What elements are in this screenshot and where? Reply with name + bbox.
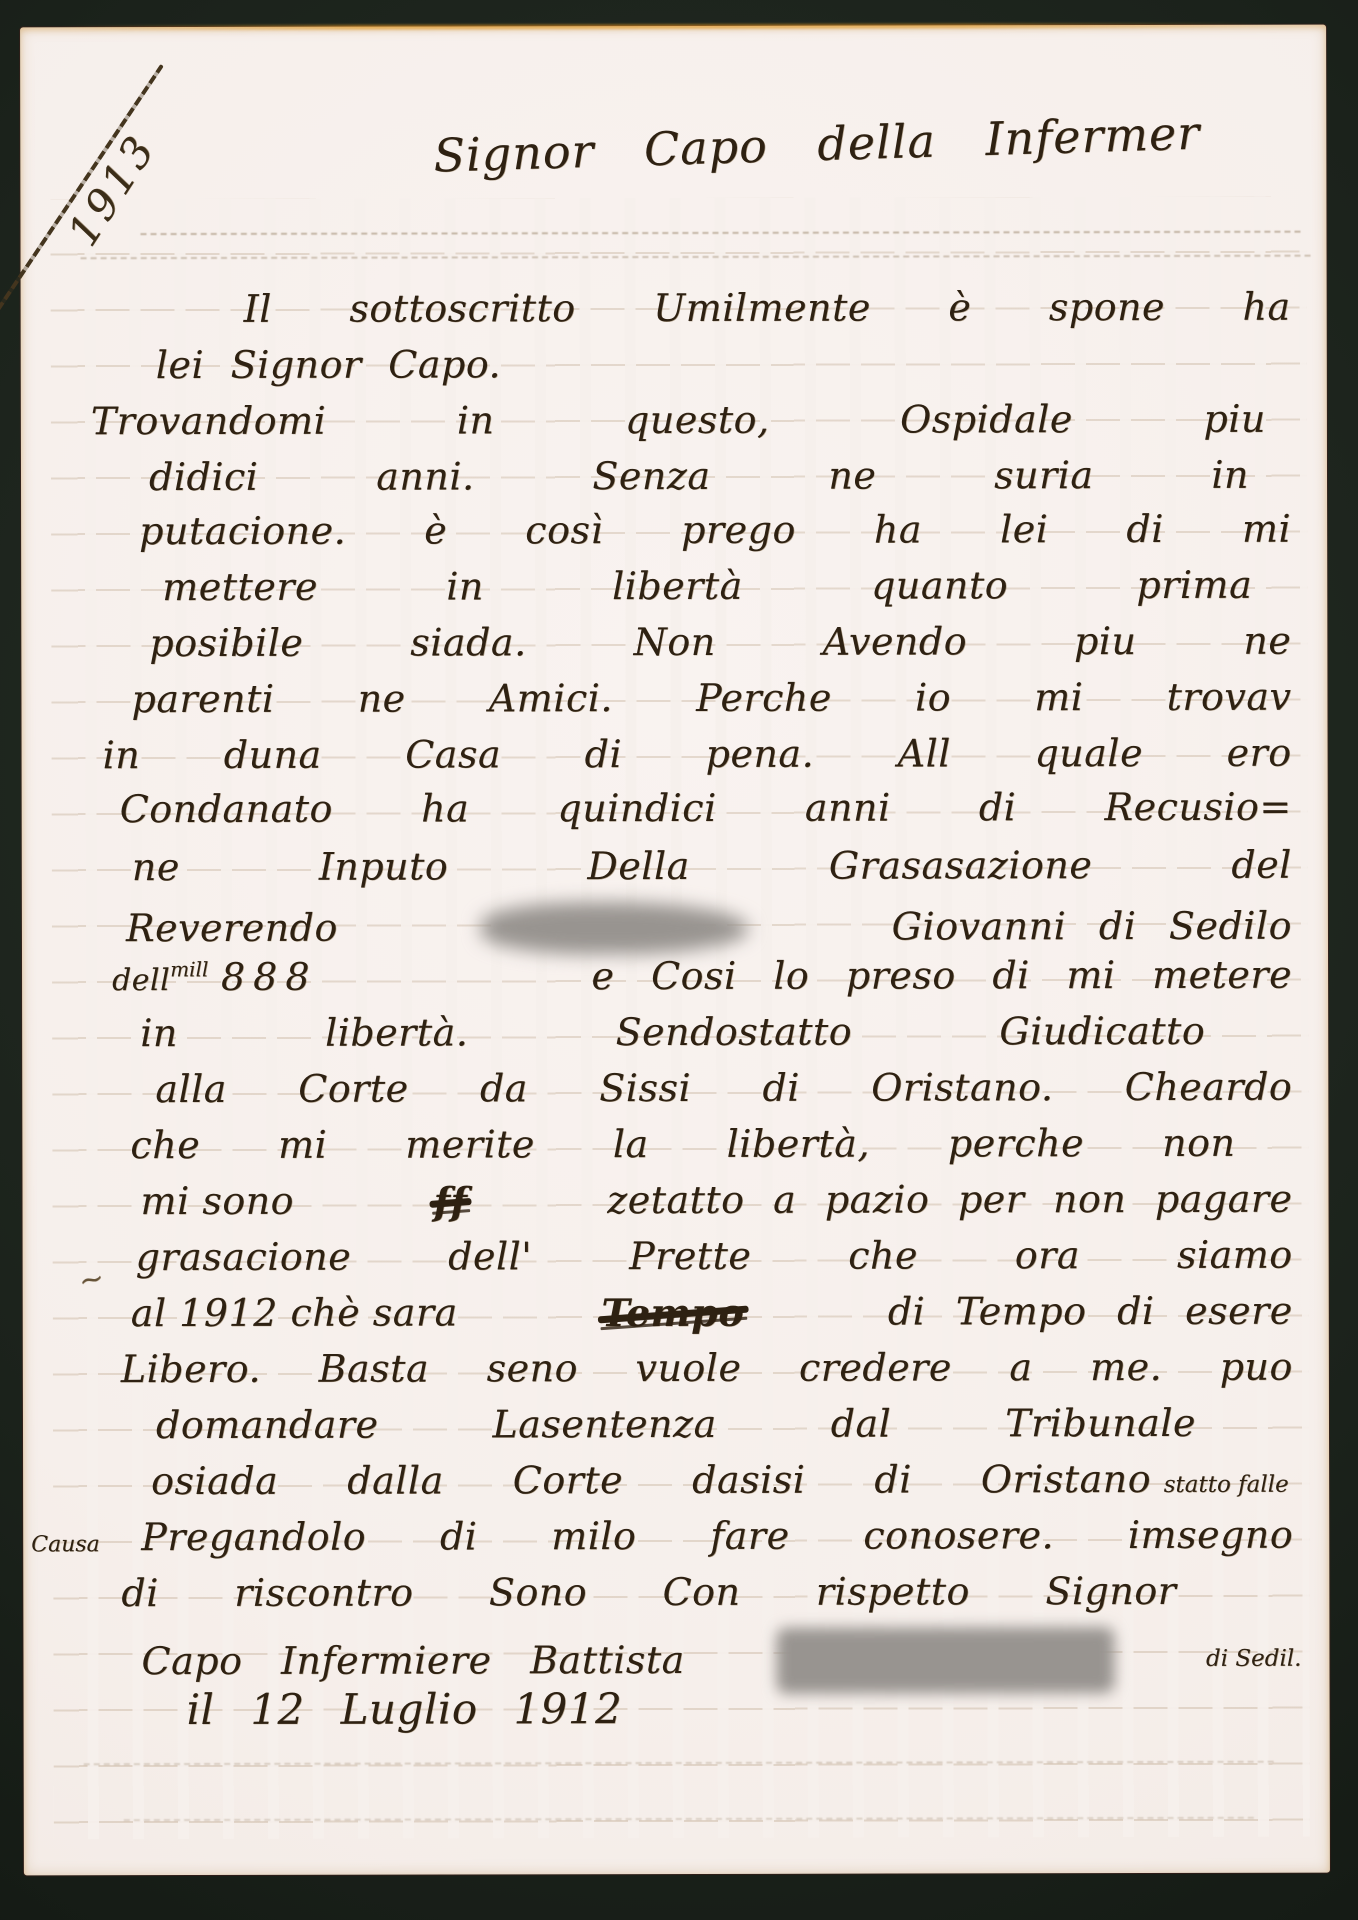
line-text-before-redaction: Reverendo [126, 908, 338, 950]
signature-place: di Sedil. [1206, 1647, 1302, 1672]
handwritten-line: dellmill 888 e Cosi lo preso di mi meter… [112, 955, 1292, 999]
handwritten-line: in duna Casa di pena. All quale ero [103, 733, 1292, 777]
redaction-blur [481, 902, 749, 955]
handwritten-line: in libertà. Sendostatto Giudicatto [140, 1011, 1205, 1055]
date-line: il 12 Luglio 1912 [187, 1686, 623, 1733]
margin-squiggle: ~ [76, 1261, 108, 1299]
handwritten-line: posibile siada. Non Avendo piu ne [149, 621, 1291, 665]
line-text: e Cosi lo preso di mi metere [591, 955, 1292, 998]
handwritten-line: domandare Lasentenza dal Tribunale [156, 1403, 1196, 1447]
handwritten-line: Il sottoscritto Umilmente è spone ha [244, 287, 1291, 331]
appended-small-words: statto falle [1164, 1472, 1289, 1498]
handwritten-line: mettere in libertà quanto prima [162, 565, 1252, 609]
letter-page: 1913 Signor Capo della Infermer Il sotto… [20, 25, 1330, 1876]
signature-text: Capo Infermiere Battista [141, 1640, 684, 1683]
redaction-blur [776, 1627, 1114, 1694]
line-text: di Tempo di esere [888, 1291, 1293, 1334]
line-text-after-redaction: Giovanni di Sedilo [892, 906, 1292, 949]
line-text: mi sono [140, 1181, 294, 1223]
margin-note-causa: Causa [31, 1533, 100, 1557]
archival-year-note: 1913 [58, 125, 166, 255]
year-digits: 888 [221, 955, 318, 999]
handwritten-line: Libero. Basta seno vuole credere a me. p… [121, 1347, 1293, 1391]
ink-smudge-line [84, 1761, 1274, 1765]
crossed-out-word: Tempo [601, 1292, 744, 1334]
ink-smudge-line [81, 255, 1311, 260]
word-dell: dell [112, 963, 170, 998]
handwritten-line: putacione. è così prego ha lei di mi [139, 509, 1291, 553]
year-phrase: dellmill 888 [112, 957, 318, 999]
ink-smudge-line [140, 231, 1300, 235]
letter-heading: Signor Capo della Infermer [433, 105, 1306, 182]
handwritten-line: Pregandolo di milo fare conosere. imsegn… [141, 1515, 1293, 1559]
handwritten-line: parenti ne Amici. Perche io mi trovav [131, 677, 1291, 721]
line-text: osiada dalla Corte dasisi di Oristano [151, 1459, 1151, 1503]
handwritten-line-redacted: Reverendo Giovanni di Sedilo [126, 901, 1292, 955]
handwritten-line-strikeout: mi sono ff zetatto a pazio per non pagar… [140, 1179, 1292, 1223]
handwritten-line: grasacione dell' Prette che ora siamo [136, 1235, 1293, 1279]
superscript-mill: mill [170, 957, 208, 981]
handwritten-line: osiada dalla Corte dasisi di Oristano st… [151, 1459, 1306, 1503]
handwritten-line: lei Signor Capo. [156, 344, 501, 387]
scribbled-out-word: ff [434, 1180, 468, 1222]
handwritten-line: didici anni. Senza ne suria in [149, 455, 1249, 499]
handwritten-line: ne Inputo Della Grasasazione del [132, 845, 1292, 889]
handwritten-line: alla Corte da Sissi di Oristano. Cheardo [155, 1067, 1292, 1111]
handwritten-line: Trovandomi in questo, Ospidale piu [91, 399, 1266, 443]
handwritten-line: di riscontro Sono Con rispetto Signor [121, 1571, 1176, 1615]
handwritten-line: Condanato ha quindici anni di Recusio= [120, 787, 1292, 831]
line-text: zetatto a pazio per non pagare [607, 1179, 1292, 1222]
ink-smudge-line [124, 1817, 1254, 1821]
archival-annotation: 1913 [32, 45, 213, 385]
line-text: al 1912 chè sara [131, 1292, 458, 1334]
handwritten-line-strikeout: al 1912 chè sara Tempo di Tempo di esere [131, 1291, 1293, 1335]
handwritten-line: che mi merite la libertà, perche non [130, 1123, 1235, 1167]
